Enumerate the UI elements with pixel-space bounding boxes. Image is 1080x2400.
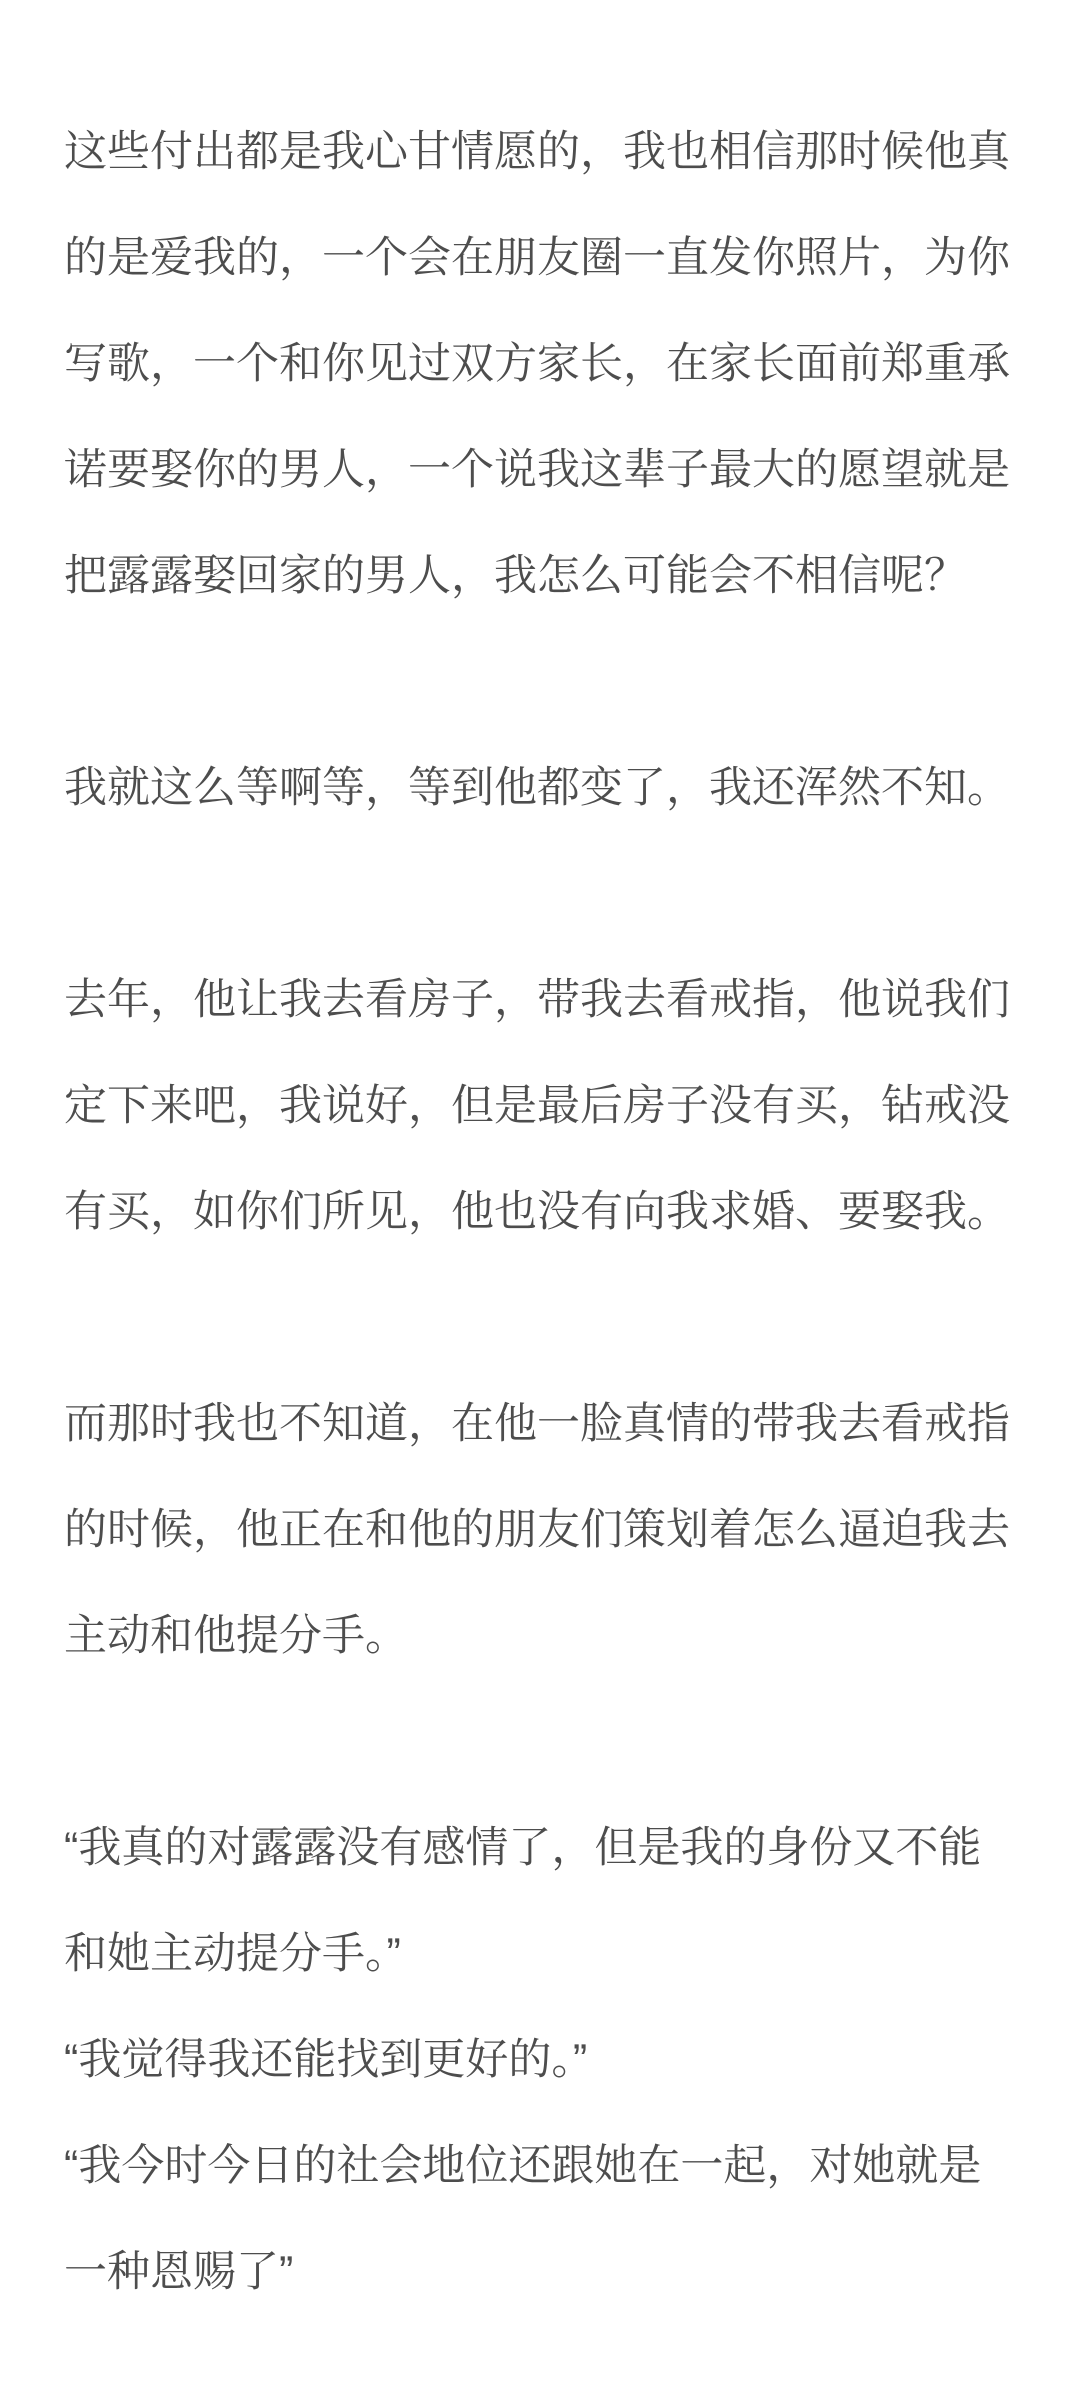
paragraph-7-quote: “我今时今日的社会地位还跟她在一起，对她就是 一种恩赐了” xyxy=(64,2113,1030,2325)
text-line: “我今时今日的社会地位还跟她在一起，对她就是 xyxy=(64,2113,1030,2219)
paragraph-5-quote: “我真的对露露没有感情了，但是我的身份又不能 和她主动提分手。” xyxy=(64,1795,1030,2007)
paragraph-4: 而那时我也不知道，在他一脸真情的带我去看戒指 的时候，他正在和他的朋友们策划着怎… xyxy=(64,1371,1030,1689)
paragraph-1: 这些付出都是我心甘情愿的，我也相信那时候他真 的是爱我的，一个会在朋友圈一直发你… xyxy=(64,99,1030,629)
paragraph-6-quote: “我觉得我还能找到更好的。” xyxy=(64,2007,1030,2113)
text-line: 这些付出都是我心甘情愿的，我也相信那时候他真 xyxy=(64,99,1030,205)
text-line: 把露露娶回家的男人，我怎么可能会不相信呢？ xyxy=(64,523,1030,629)
text-line: 主动和他提分手。 xyxy=(64,1583,1030,1689)
text-line: 一种恩赐了” xyxy=(64,2219,1030,2325)
text-line: 的是爱我的，一个会在朋友圈一直发你照片，为你 xyxy=(64,205,1030,311)
text-line: “我真的对露露没有感情了，但是我的身份又不能 xyxy=(64,1795,1030,1901)
text-line: 定下来吧，我说好，但是最后房子没有买，钻戒没 xyxy=(64,1053,1030,1159)
article-body: 这些付出都是我心甘情愿的，我也相信那时候他真 的是爱我的，一个会在朋友圈一直发你… xyxy=(0,0,1080,2325)
article-page: 这些付出都是我心甘情愿的，我也相信那时候他真 的是爱我的，一个会在朋友圈一直发你… xyxy=(0,0,1080,2400)
text-line: 我就这么等啊等，等到他都变了，我还浑然不知。 xyxy=(64,735,1030,841)
paragraph-2: 我就这么等啊等，等到他都变了，我还浑然不知。 xyxy=(64,735,1030,841)
text-line: 去年，他让我去看房子，带我去看戒指，他说我们 xyxy=(64,947,1030,1053)
paragraph-3: 去年，他让我去看房子，带我去看戒指，他说我们 定下来吧，我说好，但是最后房子没有… xyxy=(64,947,1030,1265)
text-line: 而那时我也不知道，在他一脸真情的带我去看戒指 xyxy=(64,1371,1030,1477)
text-line: 有买，如你们所见，他也没有向我求婚、要娶我。 xyxy=(64,1159,1030,1265)
text-line: 诺要娶你的男人，一个说我这辈子最大的愿望就是 xyxy=(64,417,1030,523)
text-line: 的时候，他正在和他的朋友们策划着怎么逼迫我去 xyxy=(64,1477,1030,1583)
text-line: “我觉得我还能找到更好的。” xyxy=(64,2007,1030,2113)
text-line: 写歌，一个和你见过双方家长，在家长面前郑重承 xyxy=(64,311,1030,417)
text-line: 和她主动提分手。” xyxy=(64,1901,1030,2007)
